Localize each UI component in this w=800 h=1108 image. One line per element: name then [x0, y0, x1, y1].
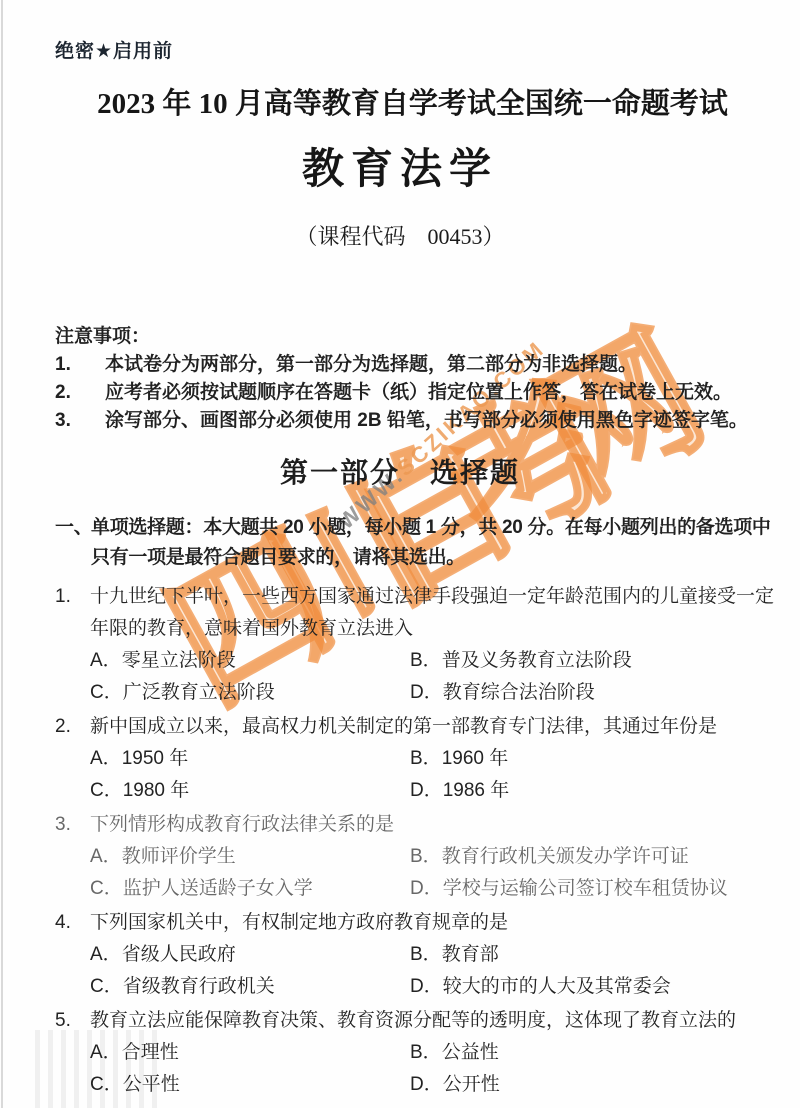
option-text: 学校与运输公司签订校车租赁协议 [443, 878, 728, 899]
option-label: C． [90, 878, 123, 899]
notice-item-2: 2.应考者必须按试题顺序在答题卡（纸）指定位置上作答，答在试卷上无效。 [55, 379, 785, 407]
option-text: 公益性 [442, 1042, 499, 1063]
exam-title: 2023 年 10 月高等教育自学考试全国统一命题考试 [80, 87, 745, 122]
question-item: 1.十九世纪下半叶，一些西方国家通过法律手段强迫一定年龄范围内的儿童接受一定 年… [55, 581, 785, 709]
question-stem: 1.十九世纪下半叶，一些西方国家通过法律手段强迫一定年龄范围内的儿童接受一定 年… [55, 581, 785, 645]
option-text: 合理性 [122, 1042, 179, 1063]
question-options: A．合理性B．公益性C．公平性D．公开性 [55, 1037, 785, 1101]
scan-edge-line [1, 0, 3, 1108]
option-text: 1960 年 [442, 748, 509, 769]
option-d: D．学校与运输公司签订校车租赁协议 [410, 873, 785, 905]
option-label: A． [90, 748, 122, 769]
option-label: A． [90, 846, 122, 867]
section-instructions-number: 一、 [55, 513, 91, 543]
question-text: 下列国家机关中，有权制定地方政府教育规章的是 [90, 912, 508, 933]
course-code: （课程代码 00453） [55, 220, 745, 251]
section-instructions-text: 单项选择题：本大题共 20 小题，每小题 1 分，共 20 分。在每小题列出的备… [91, 517, 771, 568]
notice-number: 3. [55, 407, 105, 435]
option-c: C．公平性 [90, 1069, 410, 1101]
option-label: D． [410, 1074, 443, 1095]
notice-number: 1. [55, 351, 105, 379]
option-c: C．监护人送适龄子女入学 [90, 873, 410, 905]
notice-text: 应考者必须按试题顺序在答题卡（纸）指定位置上作答，答在试卷上无效。 [105, 382, 732, 403]
option-a: A．零星立法阶段 [90, 645, 410, 677]
option-b: B．教育部 [410, 939, 785, 971]
option-d: D．1986 年 [410, 775, 785, 807]
option-d: D．公开性 [410, 1069, 785, 1101]
option-label: D． [410, 682, 443, 703]
option-text: 普及义务教育立法阶段 [442, 650, 632, 671]
question-text: 教育立法应能保障教育决策、教育资源分配等的透明度，这体现了教育立法的 [90, 1010, 736, 1031]
question-number: 3. [55, 809, 90, 841]
option-text: 公开性 [443, 1074, 500, 1095]
question-stem: 4.下列国家机关中，有权制定地方政府教育规章的是 [55, 907, 785, 939]
exam-paper-page: 四川自考网 WWW.SCZIKAO.COM 绝密★启用前 2023 年 10 月… [0, 0, 800, 1108]
notice-text: 本试卷分为两部分，第一部分为选择题，第二部分为非选择题。 [105, 354, 637, 375]
classification-label: 绝密★启用前 [55, 36, 785, 63]
option-label: C． [90, 976, 123, 997]
option-a: A．合理性 [90, 1037, 410, 1069]
option-a: A．1950 年 [90, 743, 410, 775]
question-options: A．零星立法阶段B．普及义务教育立法阶段C．广泛教育立法阶段D．教育综合法治阶段 [55, 645, 785, 709]
option-text: 教师评价学生 [122, 846, 236, 867]
option-text: 教育部 [442, 944, 499, 965]
option-b: B．教育行政机关颁发办学许可证 [410, 841, 785, 873]
notices-section: 注意事项： 1.本试卷分为两部分，第一部分为选择题，第二部分为非选择题。 2.应… [55, 323, 785, 435]
option-text: 零星立法阶段 [122, 650, 236, 671]
option-label: A． [90, 650, 122, 671]
questions-list: 1.十九世纪下半叶，一些西方国家通过法律手段强迫一定年龄范围内的儿童接受一定 年… [55, 581, 785, 1101]
notice-item-1: 1.本试卷分为两部分，第一部分为选择题，第二部分为非选择题。 [55, 351, 785, 379]
question-text: 十九世纪下半叶，一些西方国家通过法律手段强迫一定年龄范围内的儿童接受一定 年限的… [90, 586, 774, 639]
option-a: A．教师评价学生 [90, 841, 410, 873]
option-label: D． [410, 878, 443, 899]
option-a: A．省级人民政府 [90, 939, 410, 971]
option-text: 省级教育行政机关 [123, 976, 275, 997]
question-number: 2. [55, 711, 90, 743]
option-label: B． [410, 944, 442, 965]
option-text: 公平性 [123, 1074, 180, 1095]
option-text: 1950 年 [122, 748, 189, 769]
option-c: C．省级教育行政机关 [90, 971, 410, 1003]
option-label: C． [90, 682, 123, 703]
option-text: 监护人送适龄子女入学 [123, 878, 313, 899]
question-item: 2.新中国成立以来，最高权力机关制定的第一部教育专门法律，其通过年份是A．195… [55, 711, 785, 807]
option-c: C．广泛教育立法阶段 [90, 677, 410, 709]
option-label: A． [90, 1042, 122, 1063]
section-instructions: 一、单项选择题：本大题共 20 小题，每小题 1 分，共 20 分。在每小题列出… [55, 513, 785, 573]
question-item: 3.下列情形构成教育行政法律关系的是A．教师评价学生B．教育行政机关颁发办学许可… [55, 809, 785, 905]
notice-text: 涂写部分、画图部分必须使用 2B 铅笔，书写部分必须使用黑色字迹签字笔。 [105, 410, 748, 431]
option-label: B． [410, 1042, 442, 1063]
option-label: B． [410, 650, 442, 671]
option-label: C． [90, 1074, 123, 1095]
option-d: D．较大的市的人大及其常委会 [410, 971, 785, 1003]
question-options: A．省级人民政府B．教育部C．省级教育行政机关D．较大的市的人大及其常委会 [55, 939, 785, 1003]
question-item: 5.教育立法应能保障教育决策、教育资源分配等的透明度，这体现了教育立法的A．合理… [55, 1005, 785, 1101]
option-text: 广泛教育立法阶段 [123, 682, 275, 703]
option-text: 教育行政机关颁发办学许可证 [442, 846, 689, 867]
notices-heading: 注意事项： [55, 323, 785, 351]
notice-number: 2. [55, 379, 105, 407]
notice-item-3: 3.涂写部分、画图部分必须使用 2B 铅笔，书写部分必须使用黑色字迹签字笔。 [55, 407, 785, 435]
option-label: B． [410, 846, 442, 867]
option-label: B． [410, 748, 442, 769]
page-content: 绝密★启用前 2023 年 10 月高等教育自学考试全国统一命题考试 教育法学 … [0, 0, 800, 1101]
option-label: D． [410, 976, 443, 997]
question-number: 1. [55, 581, 90, 613]
question-number: 5. [55, 1005, 90, 1037]
question-options: A．1950 年B．1960 年C．1980 年D．1986 年 [55, 743, 785, 807]
option-text: 省级人民政府 [122, 944, 236, 965]
question-stem: 2.新中国成立以来，最高权力机关制定的第一部教育专门法律，其通过年份是 [55, 711, 785, 743]
question-text: 下列情形构成教育行政法律关系的是 [90, 814, 394, 835]
question-stem: 5.教育立法应能保障教育决策、教育资源分配等的透明度，这体现了教育立法的 [55, 1005, 785, 1037]
question-number: 4. [55, 907, 90, 939]
option-label: C． [90, 780, 123, 801]
option-text: 较大的市的人大及其常委会 [443, 976, 671, 997]
section-heading: 第一部分 选择题 [55, 451, 745, 491]
question-stem: 3.下列情形构成教育行政法律关系的是 [55, 809, 785, 841]
option-label: D． [410, 780, 443, 801]
question-item: 4.下列国家机关中，有权制定地方政府教育规章的是A．省级人民政府B．教育部C．省… [55, 907, 785, 1003]
option-d: D．教育综合法治阶段 [410, 677, 785, 709]
question-text: 新中国成立以来，最高权力机关制定的第一部教育专门法律，其通过年份是 [90, 716, 717, 737]
option-label: A． [90, 944, 122, 965]
option-text: 1980 年 [123, 780, 190, 801]
option-text: 1986 年 [443, 780, 510, 801]
option-b: B．1960 年 [410, 743, 785, 775]
option-text: 教育综合法治阶段 [443, 682, 595, 703]
question-options: A．教师评价学生B．教育行政机关颁发办学许可证C．监护人送适龄子女入学D．学校与… [55, 841, 785, 905]
option-c: C．1980 年 [90, 775, 410, 807]
option-b: B．公益性 [410, 1037, 785, 1069]
subject-title: 教育法学 [55, 136, 745, 196]
option-b: B．普及义务教育立法阶段 [410, 645, 785, 677]
